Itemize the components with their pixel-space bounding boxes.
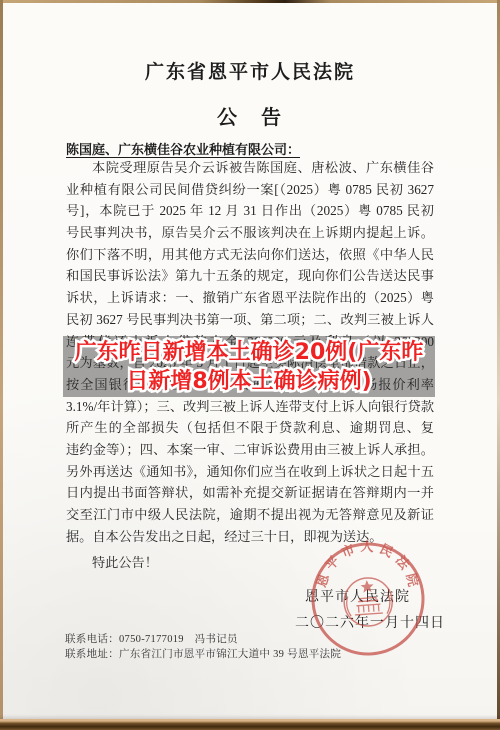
caption-text: 日新增8例本土确诊病例) <box>63 367 435 396</box>
photo-edge-top <box>0 0 500 3</box>
national-emblem-icon <box>343 576 394 627</box>
court-name-title: 广东省恩平市人民法院 <box>0 57 500 84</box>
body-line: 3.1%/年计算）；三、改判三被上诉人连带支付上诉人向银行贷款 <box>66 396 434 418</box>
body-line: 所产生的全部损失（包括但不限于贷款利息、逾期罚息、复利、 <box>66 417 434 439</box>
document-photo: 广东省恩平市人民法院 公 告 陈国庭、广东横佳谷农业种植有限公司： 本院受理原告… <box>0 0 500 730</box>
addressee-line: 陈国庭、广东横佳谷农业种植有限公司： <box>66 139 300 158</box>
notice-title: 公 告 <box>0 101 500 130</box>
body-line: 违约金等）；四、本案一审、二审诉讼费用由三被上诉人承担。 <box>66 439 434 461</box>
body-line: 另外再送达《通知书》，通知你们应当在收到上诉状之日起十五 <box>66 461 434 483</box>
body-line: 本院受理原告吴介云诉被告陈国庭、唐松波、广东横佳谷农 <box>66 157 434 179</box>
body-line: 民初 3627 号民事判决书第一项、第二项；二、改判三被上诉人 <box>66 309 434 331</box>
body-line: 你们下落不明，用其他方式无法向你们送达，依照《中华人民共 <box>66 244 434 266</box>
photo-edge-bottom <box>0 719 500 730</box>
caption-line-1: 广东昨日新增本土确诊20例(广东昨 广东昨日新增本土确诊20例(广东昨 <box>63 338 435 367</box>
body-line: 号民事判决书，原告吴介云不服该判决在上诉期内提起上诉。因 <box>66 222 434 244</box>
body-line: 交至江门市中级人民法院，逾期不提出视为无答辩意见及新证 <box>66 504 434 526</box>
photo-edge-left <box>0 0 3 730</box>
contact-phone: 联系电话：0750-7177019 冯书记员 <box>65 631 238 646</box>
body-line: 诉状，上诉请求：一、撤销广东省恩平法院作出的（2025）粤 0785 <box>66 287 434 309</box>
news-caption-overlay: 广东昨日新增本土确诊20例(广东昨 广东昨日新增本土确诊20例(广东昨 日新增8… <box>63 336 435 397</box>
body-line: 日内提出书面答辩状，如需补充提交新证据请在答辩期内一并提 <box>66 482 434 504</box>
body-line: 和国民事诉讼法》第九十五条的规定，现向你们公告送达民事上 <box>66 265 434 287</box>
contact-address: 联系地址：广东省江门市恩平市锦江大道中 39 号恩平法院 <box>65 646 341 661</box>
body-line: 号]，本院已于 2025 年 12 月 31 日作出（2025）粤 0785 民… <box>66 200 434 222</box>
caption-text: 广东昨日新增本土确诊20例(广东昨 <box>63 338 435 367</box>
caption-line-2: 日新增8例本土确诊病例) 日新增8例本土确诊病例) <box>63 367 435 396</box>
court-seal-stamp: 恩平市人民法院 <box>304 535 432 663</box>
body-line: 业种植有限公司民间借贷纠纷一案[（2025）粤 0785 民初 3627 <box>66 179 434 201</box>
